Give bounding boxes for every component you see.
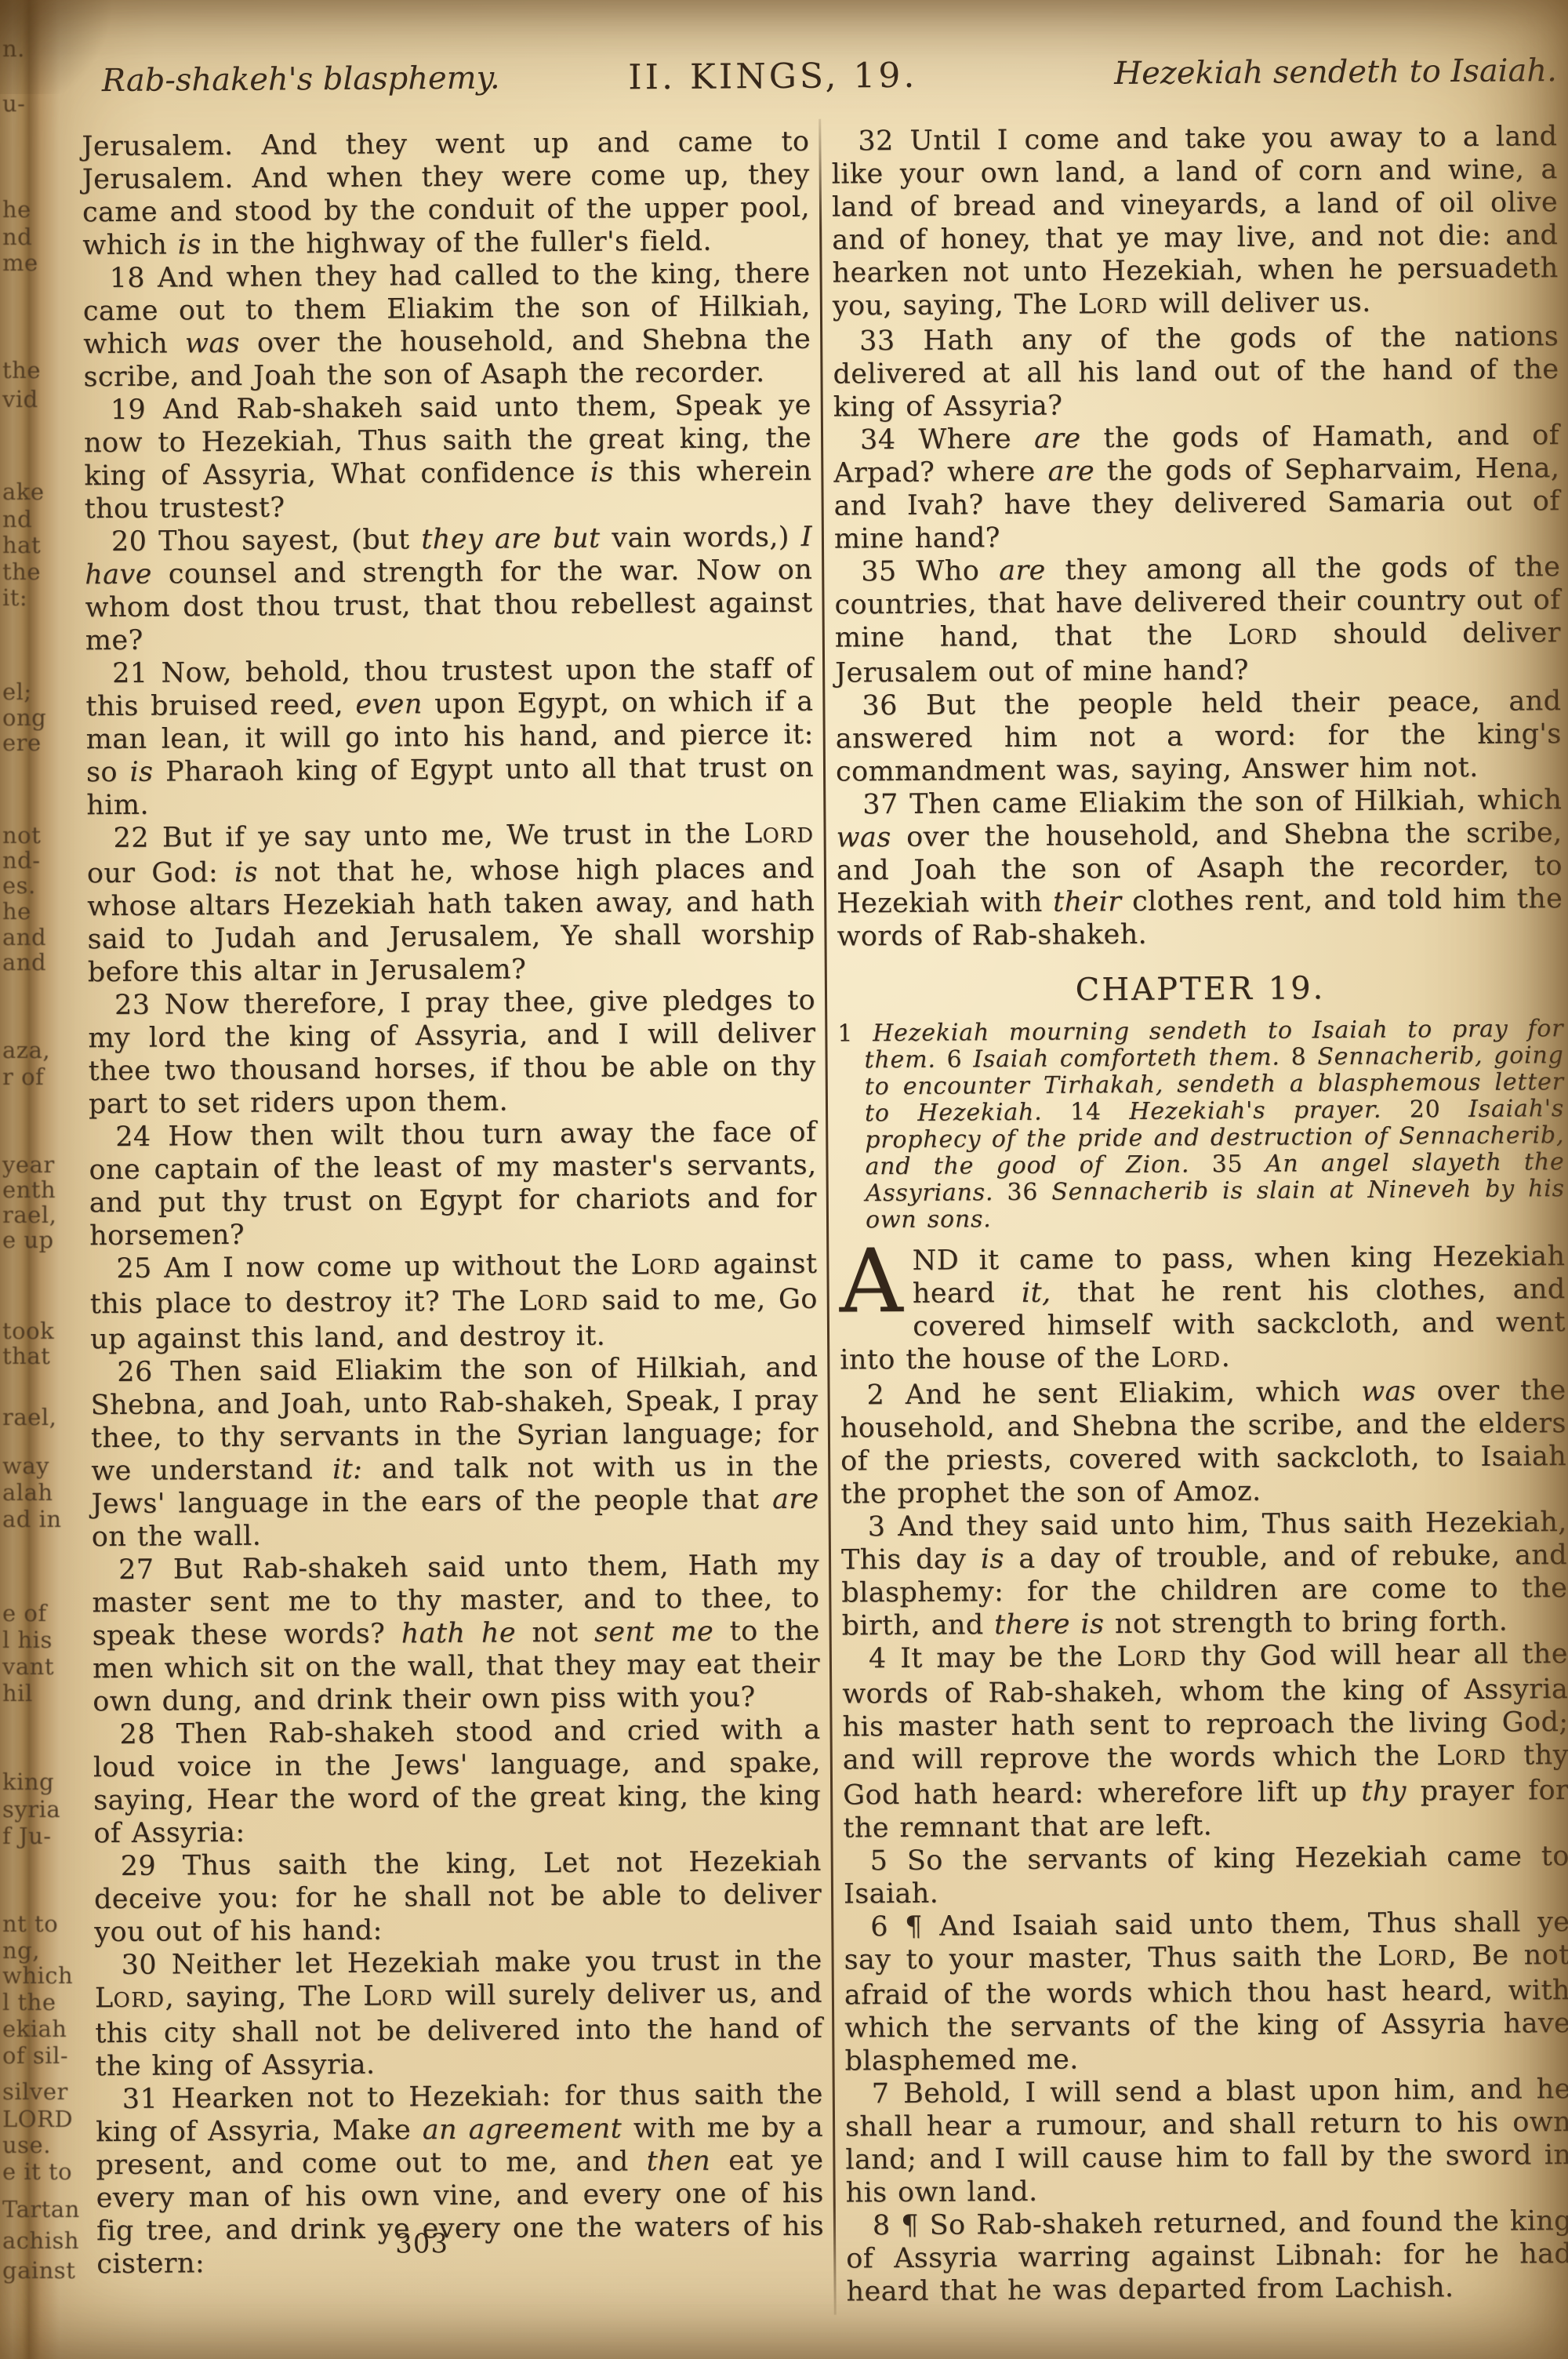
verse-35-paragraph: 35 Who are they among all the gods of th…	[834, 551, 1561, 689]
verse-27-paragraph: 27 But Rab-shakeh said unto them, Hath m…	[92, 1549, 820, 1718]
page-number: 303	[96, 2226, 747, 2262]
verse-22-paragraph: 22 But if ye say unto me, We trust in th…	[86, 817, 815, 989]
verse-36-paragraph: 36 But the people held their peace, and …	[835, 685, 1562, 788]
verse-29-paragraph: 29 Thus saith the king, Let not Hezekiah…	[94, 1845, 822, 1949]
verse-3-paragraph: 3 And they said unto him, Thus saith Hez…	[841, 1506, 1568, 1642]
verse-21-paragraph: 21 Now, behold, thou trustest upon the s…	[85, 652, 814, 822]
verse-1-paragraph: AND it came to pass, when king Hezekiah …	[839, 1240, 1566, 1379]
verse-4-paragraph: 4 It may be the LORD thy God will hear a…	[842, 1637, 1568, 1845]
verse-7-paragraph: 7 Behold, I will send a blast upon him, …	[845, 2073, 1568, 2209]
verse-continuation: Jerusalem. And they went up and came to …	[82, 125, 810, 262]
verse-6-paragraph: 6 ¶ And Isaiah said unto them, Thus shal…	[844, 1906, 1568, 2077]
verse-26-paragraph: 26 Then said Eliakim the son of Hilkiah,…	[90, 1351, 819, 1554]
verse-20-paragraph: 20 Thou sayest, (but they are but vain w…	[85, 521, 813, 657]
verse-34-paragraph: 34 Where are the gods of Hamath, and of …	[833, 419, 1560, 555]
verse-23-paragraph: 23 Now therefore, I pray thee, give pled…	[88, 984, 816, 1121]
text-column-left: Jerusalem. And they went up and came to …	[82, 125, 824, 2281]
verse-2-paragraph: 2 And he sent Eliakim, which was over th…	[840, 1374, 1566, 1510]
verse-8-paragraph: 8 ¶ So Rab-shakeh returned, and found th…	[846, 2205, 1568, 2308]
verse-18-paragraph: 18 And when they had called to the king,…	[82, 257, 811, 394]
drop-cap: A	[839, 1245, 913, 1316]
verse-25-paragraph: 25 Am I now come up without the LORD aga…	[89, 1248, 818, 1356]
header-book-title: II. KINGS, 19.	[628, 56, 918, 98]
verse-37-paragraph: 37 Then came Eliakim the son of Hilkiah,…	[836, 783, 1563, 953]
header-left-title: Rab-shakeh's blasphemy.	[102, 60, 500, 100]
verse-5-paragraph: 5 So the servants of king Hezekiah came …	[844, 1840, 1568, 1910]
verse-24-paragraph: 24 How then wilt thou turn away the face…	[89, 1116, 817, 1252]
verse-33-paragraph: 33 Hath any of the gods of the nations d…	[833, 320, 1559, 423]
page-sheet: Rab-shakeh's blasphemy. II. KINGS, 19. H…	[0, 0, 1568, 2359]
text-column-right: 32 Until I come and take you away to a l…	[831, 120, 1568, 2308]
chapter-summary: 1 Hezekiah mourning sendeth to Isaiah to…	[837, 1016, 1565, 1234]
verse-32-paragraph: 32 Until I come and take you away to a l…	[831, 120, 1559, 325]
bible-page: n.u-hendmethevidakendhattheit:el;ongeren…	[0, 0, 1568, 2359]
header-right-title: Hezekiah sendeth to Isaiah.	[1114, 53, 1557, 92]
verse-30-paragraph: 30 Neither let Hezekiah make you trust i…	[94, 1944, 822, 2083]
running-header: Rab-shakeh's blasphemy. II. KINGS, 19. H…	[102, 53, 1557, 110]
verse-28-paragraph: 28 Then Rab-shakeh stood and cried with …	[93, 1714, 821, 1850]
verse-19-paragraph: 19 And Rab-shakeh said unto them, Speak …	[84, 389, 812, 525]
chapter-heading: CHAPTER 19.	[837, 970, 1563, 1008]
